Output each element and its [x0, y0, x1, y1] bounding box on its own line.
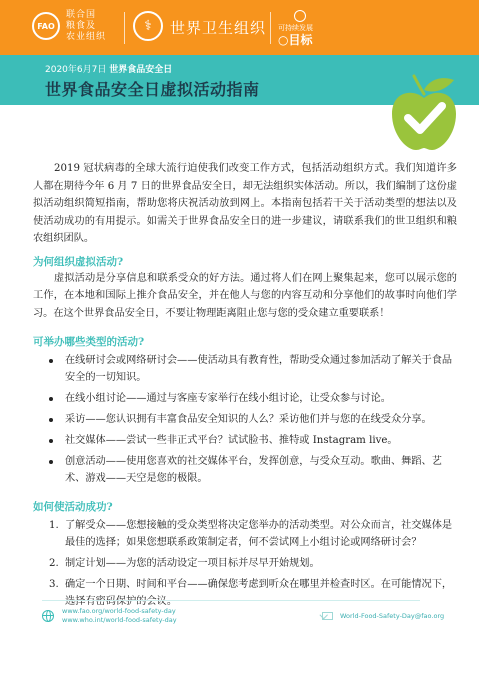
section-heading-success: 如何使活动成功?	[33, 499, 457, 515]
step-text: 确定一个日期、时间和平台——确保您考虑到听众在哪里并检查时区。在可能情况下，选择…	[65, 579, 452, 607]
page-title: 世界食品安全日虚拟活动指南	[45, 77, 260, 100]
why-paragraph: 虚拟活动是分享信息和联系受众的好方法。通过将人们在网上聚集起来，您可以展示您的工…	[33, 270, 457, 323]
step-number: 1.	[49, 517, 59, 534]
list-item: 社交媒体——尝试一些非正式平台？试试脸书、推特或 Instagram live。	[45, 432, 457, 449]
who-logo-icon: ⚕	[133, 11, 163, 41]
section-heading-types: 可举办哪些类型的活动?	[33, 334, 457, 350]
step-text: 制定计划——为您的活动设定一项目标并尽早开始规划。	[65, 558, 320, 569]
step-number: 2.	[49, 555, 59, 572]
fao-logo-icon: FAO	[32, 12, 60, 40]
globe-icon	[42, 610, 54, 622]
sdg-small-text: 可持续发展	[278, 24, 338, 33]
footer-links: www.fao.org/world-food-safety-day www.wh…	[42, 607, 177, 625]
list-item: 采访——您认识拥有丰富食品安全知识的人么？采访他们并与您的在线受众分享。	[45, 411, 457, 428]
who-url-link[interactable]: www.who.int/world-food-safety-day	[62, 616, 177, 625]
step-number: 3.	[49, 576, 59, 593]
event-date: 2020年6月7日	[45, 65, 106, 75]
success-steps-list: 1.了解受众——您想接触的受众类型将决定您举办的活动类型。对公众而言，社交媒体是…	[45, 517, 457, 610]
step-text: 了解受众——您想接触的受众类型将决定您举办的活动类型。对公众而言，社交媒体是最佳…	[65, 520, 452, 548]
list-item: 2.制定计划——为您的活动设定一项目标并尽早开始规划。	[45, 555, 457, 572]
sdg-logo: 可持续发展 ○目标	[278, 10, 338, 47]
list-item: 在线小组讨论——通过与客座专家举行在线小组讨论，让受众参与讨论。	[45, 390, 457, 407]
event-date-line: 2020年6月7日 世界食品安全日	[45, 62, 172, 75]
who-name: 世界卫生组织	[170, 17, 266, 38]
list-item: 创意活动——使用您喜欢的社交媒体平台，发挥创意，与受众互动。歌曲、舞蹈、艺术、游…	[45, 453, 457, 487]
fao-name-line-3: 农业组织	[66, 32, 116, 43]
mail-icon	[322, 612, 333, 620]
un-globe-icon	[294, 10, 306, 22]
section-heading-why: 为何组织虚拟活动?	[33, 254, 457, 270]
header-divider	[124, 12, 125, 44]
apple-check-icon	[388, 72, 460, 152]
list-item: 1.了解受众——您想接触的受众类型将决定您举办的活动类型。对公众而言，社交媒体是…	[45, 517, 457, 551]
event-name: 世界食品安全日	[109, 65, 172, 75]
footer-contact: World-Food-Safety-Day@fao.org	[322, 612, 444, 620]
email-link[interactable]: World-Food-Safety-Day@fao.org	[340, 612, 444, 620]
fao-url-link[interactable]: www.fao.org/world-food-safety-day	[62, 607, 177, 616]
footer-divider	[42, 600, 420, 601]
activity-types-list: 在线研讨会或网络研讨会——使活动具有教育性，帮助受众通过参加活动了解关于食品安全…	[45, 352, 457, 487]
header-divider	[270, 12, 271, 44]
fao-name-line-2: 粮食及	[66, 21, 116, 32]
sdg-big-text: ○目标	[278, 33, 338, 47]
list-item: 在线研讨会或网络研讨会——使活动具有教育性，帮助受众通过参加活动了解关于食品安全…	[45, 352, 457, 386]
document-body: 2019 冠状病毒的全球大流行迫使我们改变工作方式，包括活动组织方式。我们知道许…	[45, 160, 457, 614]
intro-paragraph: 2019 冠状病毒的全球大流行迫使我们改变工作方式，包括活动组织方式。我们知道许…	[33, 160, 457, 248]
fao-abbr: FAO	[37, 22, 55, 31]
list-item: 3.确定一个日期、时间和平台——确保您考虑到听众在哪里并检查时区。在可能情况下，…	[45, 576, 457, 610]
header-bar: FAO 联合国 粮食及 农业组织 ⚕ 世界卫生组织 可持续发展 ○目标	[0, 0, 479, 55]
fao-name-line-1: 联合国	[66, 10, 116, 21]
sdg-goals-label: 目标	[288, 33, 312, 47]
fao-name: 联合国 粮食及 农业组织	[66, 10, 116, 43]
